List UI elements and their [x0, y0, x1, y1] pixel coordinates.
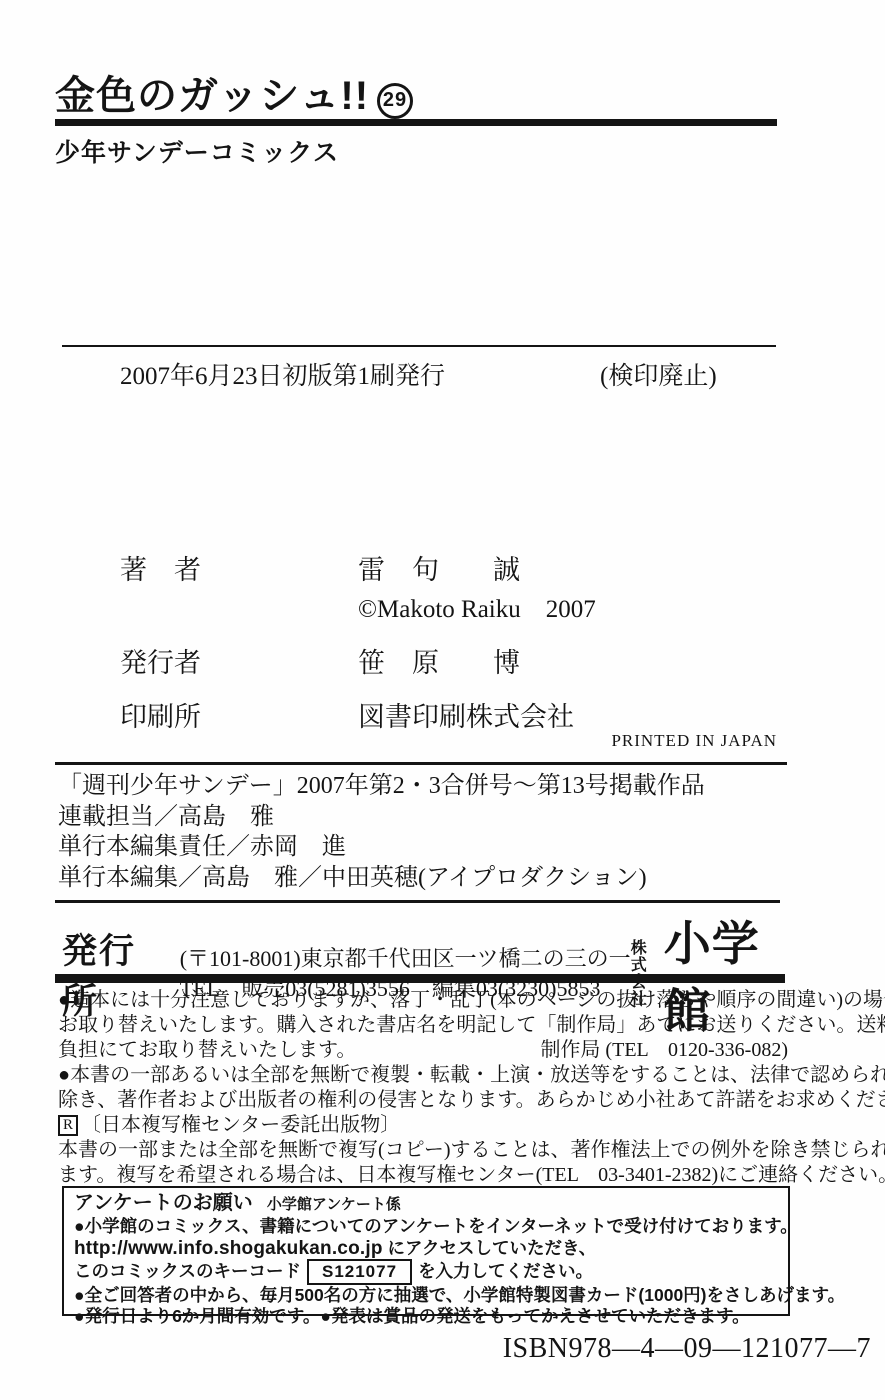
notice-line: ●本書の一部あるいは全部を無断で複製・転載・上演・放送等をすることは、法律で認め… [58, 1063, 788, 1088]
edition-rule [62, 345, 776, 347]
edition-note: (検印廃止) [600, 356, 717, 392]
credit-label: 著 者 [120, 555, 201, 585]
volume-number: 29 [383, 89, 407, 112]
serialization-rule [55, 762, 787, 765]
credit-label: 発行者 [120, 648, 201, 678]
book-title-text: 金色のガッシュ!! [55, 74, 369, 118]
publisher-rule-bottom [55, 974, 785, 983]
survey-url: http://www.info.shogakukan.co.jp [74, 1238, 383, 1259]
colophon-page: 金色のガッシュ!!29 少年サンデーコミックス 2007年6月23日初版第1刷発… [0, 0, 885, 1400]
serialization-block: 「週刊少年サンデー」2007年第2・3合併号〜第13号掲載作品 連載担当／高島 … [58, 771, 705, 893]
notice-line: お取り替えいたします。購入された書店名を明記して「制作局」あてにお送りください。… [58, 1013, 788, 1038]
survey-dept: 小学館アンケート係 [267, 1193, 401, 1216]
credit-value: 笹 原 博 [358, 641, 520, 680]
survey-keycode-line: このコミックスのキーコード S121077 を入力してください。 [74, 1259, 778, 1285]
survey-header: アンケートのお願い 小学館アンケート係 [74, 1192, 778, 1216]
printed-in-japan: PRINTED IN JAPAN [55, 731, 777, 751]
book-title: 金色のガッシュ!!29 [55, 64, 413, 122]
edition-date: 2007年6月23日初版第1刷発行 [120, 363, 445, 390]
notice-line: ●造本には十分注意しておりますが、落丁・乱丁(本のページの抜け落ちや順序の間違い… [58, 988, 788, 1013]
keycode-box: S121077 [307, 1259, 412, 1285]
legal-notices: ●造本には十分注意しておりますが、落丁・乱丁(本のページの抜け落ちや順序の間違い… [58, 988, 788, 1188]
production-bureau-tel: 制作局 (TEL 0120-336-082) [540, 1038, 788, 1063]
credit-row-author: 著 者 雷 句 誠 [120, 548, 760, 587]
notice-line: ます。複写を希望される場合は、日本複写権センター(TEL 03-3401-238… [58, 1163, 788, 1188]
edition-row: 2007年6月23日初版第1刷発行 (検印廃止) [120, 356, 780, 392]
isbn-number: ISBN978—4—09—121077—7 [503, 1333, 871, 1365]
notice-line: 除き、著作者および出版者の権利の侵害となります。あらかじめ小社あて許諾をお求めく… [58, 1088, 788, 1113]
serialization-line: 「週刊少年サンデー」2007年第2・3合併号〜第13号掲載作品 [58, 771, 705, 802]
serialization-line: 単行本編集／高島 雅／中田英穂(アイプロダクション) [58, 863, 705, 894]
survey-box: アンケートのお願い 小学館アンケート係 ●小学館のコミックス、書籍についてのアン… [62, 1186, 790, 1316]
survey-line: ●小学館のコミックス、書籍についてのアンケートをインターネットで受け付けておりま… [74, 1216, 778, 1238]
notice-line: R〔日本複写権センター委託出版物〕 [58, 1113, 788, 1138]
notice-line: 負担にてお取り替えいたします。 制作局 (TEL 0120-336-082) [58, 1038, 788, 1063]
title-rule [55, 119, 777, 126]
credit-row-printer: 印刷所 図書印刷株式会社 [120, 695, 760, 734]
publisher-address: (〒101-8001)東京都千代田区一ツ橋二の三の一 [180, 944, 631, 974]
survey-line: ●全ご回答者の中から、毎月500名の方に抽選で、小学館特製図書カード(1000円… [74, 1285, 778, 1307]
volume-badge: 29 [377, 83, 413, 119]
survey-heading: アンケートのお願い [74, 1192, 253, 1215]
notice-line: 本書の一部または全部を無断で複写(コピー)することは、著作権法上での例外を除き禁… [58, 1138, 788, 1163]
copyright-line: ©Makoto Raiku 2007 [358, 589, 596, 625]
credit-label: 印刷所 [120, 702, 201, 732]
survey-line: ●発行日より6か月間有効です。●発表は賞品の発送をもってかえさせていただきます。 [74, 1306, 778, 1328]
series-label: 少年サンデーコミックス [55, 133, 339, 169]
serialization-line: 連載担当／高島 雅 [58, 802, 705, 833]
serialization-line: 単行本編集責任／赤岡 進 [58, 832, 705, 863]
reproduction-rights-icon: R [58, 1115, 78, 1136]
credit-value: 雷 句 誠 [358, 548, 520, 587]
publisher-rule-top [55, 900, 780, 903]
survey-url-line: http://www.info.shogakukan.co.jp にアクセスして… [74, 1238, 778, 1260]
credit-value: 図書印刷株式会社 [358, 695, 574, 734]
credit-row-publisher: 発行者 笹 原 博 [120, 641, 760, 680]
